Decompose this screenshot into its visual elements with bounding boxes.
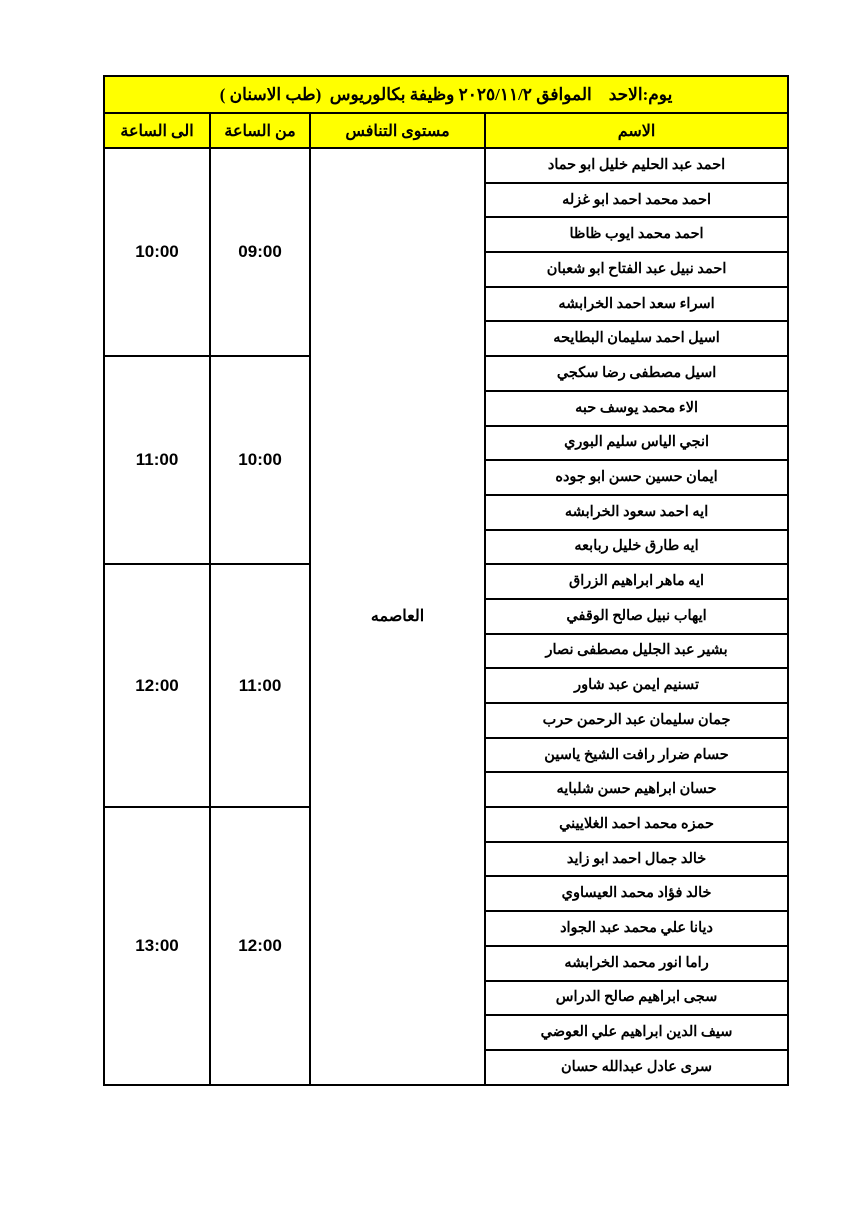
name-cell: ايمان حسين حسن ابو جوده <box>485 460 788 495</box>
name-cell: اسراء سعد احمد الخرابشه <box>485 287 788 322</box>
name-cell: حسان ابراهيم حسن شلبايه <box>485 772 788 807</box>
name-cell: سجى ابراهيم صالح الدراس <box>485 981 788 1016</box>
name-cell: حمزه محمد احمد الغلاييني <box>485 807 788 842</box>
time-to-cell: 12:00 <box>104 564 210 807</box>
name-cell: سرى عادل عبدالله حسان <box>485 1050 788 1085</box>
time-from-cell: 12:00 <box>210 807 310 1085</box>
level-cell: العاصمه <box>310 148 485 1085</box>
name-cell: ايه احمد سعود الخرابشه <box>485 495 788 530</box>
col-header-to: الى الساعة <box>104 113 210 148</box>
name-cell: راما انور محمد الخرابشه <box>485 946 788 981</box>
name-cell: احمد نبيل عبد الفتاح ابو شعبان <box>485 252 788 287</box>
name-cell: خالد جمال احمد ابو زايد <box>485 842 788 877</box>
name-cell: ايه طارق خليل ربابعه <box>485 530 788 565</box>
name-cell: الاء محمد يوسف حبه <box>485 391 788 426</box>
name-cell: ديانا علي محمد عبد الجواد <box>485 911 788 946</box>
time-to-cell: 13:00 <box>104 807 210 1085</box>
name-cell: حسام ضرار رافت الشيخ ياسين <box>485 738 788 773</box>
time-to-cell: 10:00 <box>104 148 210 356</box>
time-from-cell: 10:00 <box>210 356 310 564</box>
time-from-cell: 11:00 <box>210 564 310 807</box>
col-header-from: من الساعة <box>210 113 310 148</box>
name-cell: بشير عبد الجليل مصطفى نصار <box>485 634 788 669</box>
name-cell: جمان سليمان عبد الرحمن حرب <box>485 703 788 738</box>
col-header-level: مستوى التنافس <box>310 113 485 148</box>
time-from-cell: 09:00 <box>210 148 310 356</box>
name-cell: انجي الياس سليم البوري <box>485 426 788 461</box>
name-cell: سيف الدين ابراهيم علي العوضي <box>485 1015 788 1050</box>
header-row: الاسم مستوى التنافس من الساعة الى الساعة <box>104 113 788 148</box>
schedule-table: يوم:الاحد الموافق ٢٠٢٥/١١/٢ وظيفة بكالور… <box>103 75 789 1086</box>
table-title: يوم:الاحد الموافق ٢٠٢٥/١١/٢ وظيفة بكالور… <box>104 76 788 113</box>
name-cell: احمد محمد احمد ابو غزله <box>485 183 788 218</box>
name-cell: خالد فؤاد محمد العيساوي <box>485 876 788 911</box>
col-header-name: الاسم <box>485 113 788 148</box>
name-cell: اسيل مصطفى رضا سكجي <box>485 356 788 391</box>
name-cell: احمد عبد الحليم خليل ابو حماد <box>485 148 788 183</box>
name-cell: ايهاب نبيل صالح الوقفي <box>485 599 788 634</box>
title-row: يوم:الاحد الموافق ٢٠٢٥/١١/٢ وظيفة بكالور… <box>104 76 788 113</box>
time-to-cell: 11:00 <box>104 356 210 564</box>
name-cell: ايه ماهر ابراهيم الزراق <box>485 564 788 599</box>
name-cell: اسيل احمد سليمان البطايحه <box>485 321 788 356</box>
name-cell: احمد محمد ايوب ظاظا <box>485 217 788 252</box>
document-page: يوم:الاحد الموافق ٢٠٢٥/١١/٢ وظيفة بكالور… <box>0 0 850 1210</box>
name-cell: تسنيم ايمن عبد شاور <box>485 668 788 703</box>
table-row: احمد عبد الحليم خليل ابو حماد العاصمه 09… <box>104 148 788 183</box>
